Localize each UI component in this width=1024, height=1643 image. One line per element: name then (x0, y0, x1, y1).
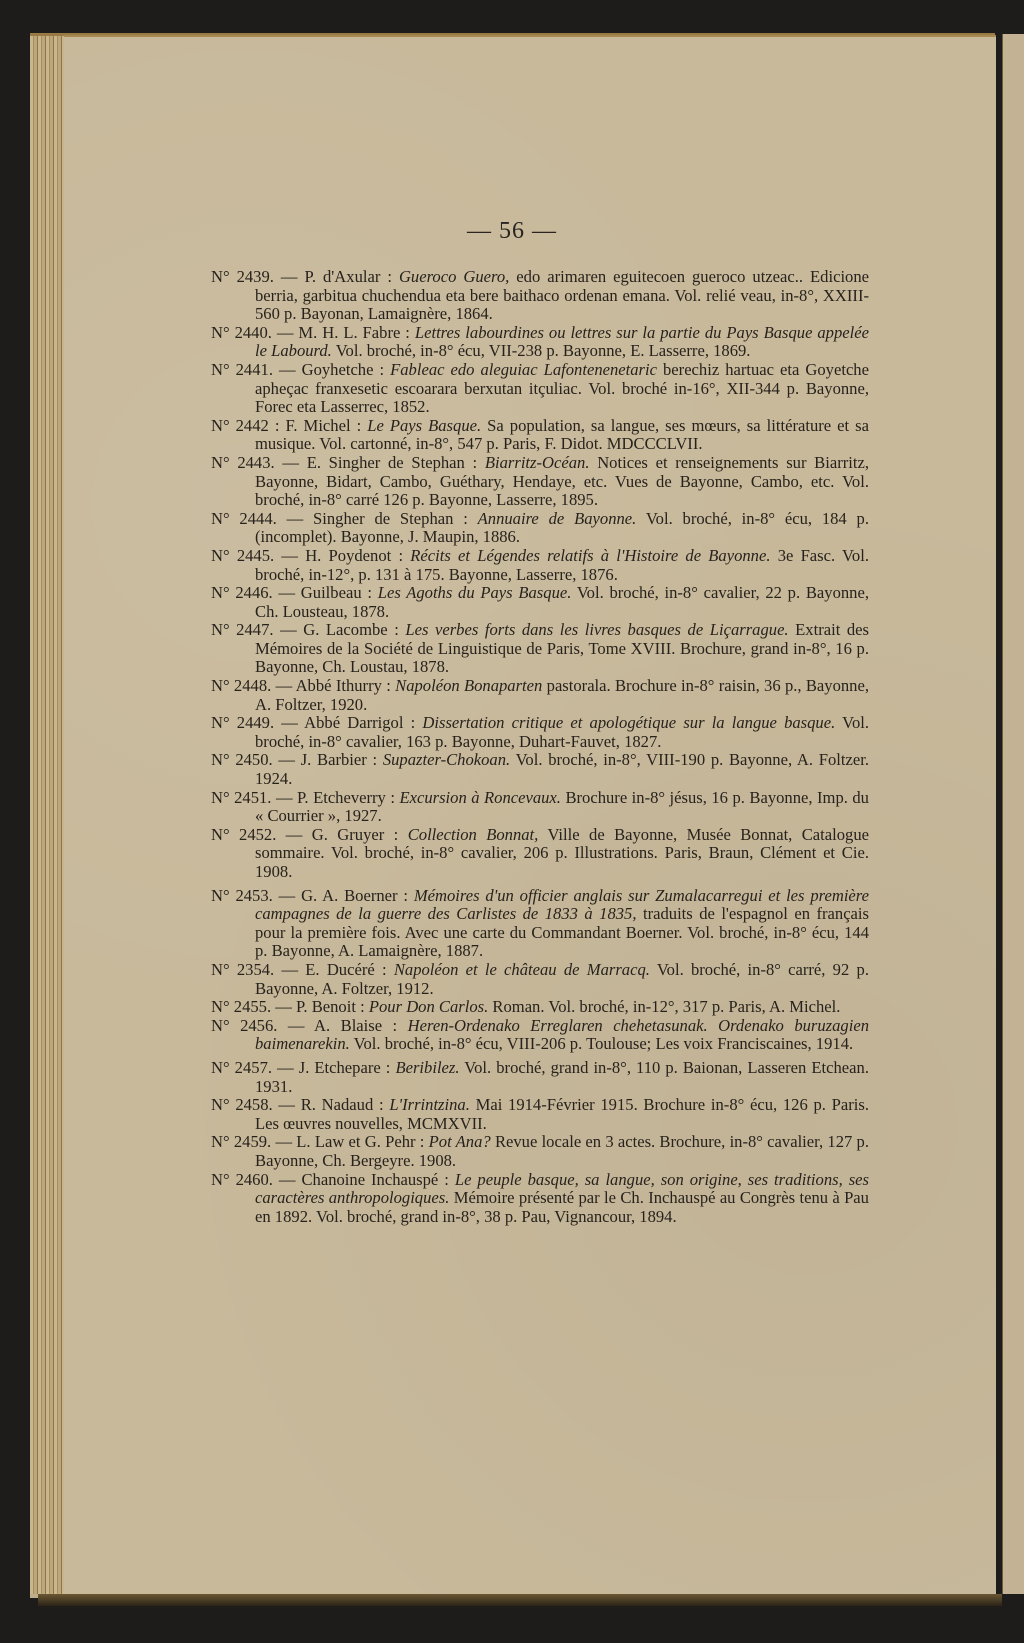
catalogue-entry: N° 2439. — P. d'Axular : Gueroco Guero, … (211, 268, 869, 324)
entry-number: N° 2450. (211, 750, 273, 769)
entry-number: N° 2440. (211, 323, 272, 342)
entry-title: Supazter-Chokoan. (383, 750, 510, 769)
entry-author: — Abbé Ithurry : (276, 676, 391, 695)
entry-number: N° 2443. (211, 453, 275, 472)
entry-title: Les Agoths du Pays Basque. (378, 583, 572, 602)
entry-number: N° 2444. (211, 509, 277, 528)
catalogue-entry: N° 2441. — Goyhetche : Fableac edo alegu… (211, 361, 869, 417)
entry-number: N° 2439. (211, 267, 274, 286)
facing-page-edge (1002, 34, 1024, 1594)
entry-author: — Chanoine Inchauspé : (279, 1170, 449, 1189)
catalogue-entry: N° 2448. — Abbé Ithurry : Napoléon Bonap… (211, 677, 869, 714)
entry-number: N° 2456. (211, 1016, 277, 1035)
catalogue-entry: N° 2443. — E. Singher de Stephan : Biarr… (211, 454, 869, 510)
entry-author: — Singher de Stephan : (287, 509, 468, 528)
entry-title: Le Pays Basque. (367, 416, 481, 435)
entry-author: — P. d'Axular : (281, 267, 392, 286)
entry-details: Vol. broché, in-8° écu, VIII-206 p. Toul… (354, 1034, 854, 1053)
entry-author: — E. Ducéré : (281, 960, 386, 979)
entry-title: Dissertation critique et apologétique su… (422, 713, 835, 732)
entry-title: Beribilez. (395, 1058, 459, 1077)
entry-author: — J. Barbier : (278, 750, 377, 769)
page-bottom-edge (38, 1594, 1002, 1606)
catalogue-entry: N° 2450. — J. Barbier : Supazter-Chokoan… (211, 751, 869, 788)
catalogue-entry: N° 2457. — J. Etchepare : Beribilez. Vol… (211, 1059, 869, 1096)
catalogue-entry: N° 2442 : F. Michel : Le Pays Basque. Sa… (211, 417, 869, 454)
entry-details: Roman. Vol. broché, in-12°, 317 p. Paris… (492, 997, 840, 1016)
entry-number: N° 2442 (211, 416, 269, 435)
catalogue-entry: N° 2459. — L. Law et G. Pehr : Pot Ana? … (211, 1133, 869, 1170)
entry-title: L'Irrintzina. (389, 1095, 470, 1114)
entry-details: Vol. broché, in-8° écu, VII-238 p. Bayon… (336, 341, 751, 360)
entry-author: — Abbé Darrigol : (281, 713, 415, 732)
entry-author: — G. Lacombe : (280, 620, 399, 639)
catalogue-entry: N° 2458. — R. Nadaud : L'Irrintzina. Mai… (211, 1096, 869, 1133)
entry-title: Fableac edo aleguiac Lafontenenetaric (390, 360, 657, 379)
entry-number: N° 2452. (211, 825, 276, 844)
catalogue-entry: N° 2444. — Singher de Stephan : Annuaire… (211, 510, 869, 547)
entry-number: N° 2441. (211, 360, 273, 379)
entry-number: N° 2449. (211, 713, 274, 732)
entry-author: — H. Poydenot : (281, 546, 403, 565)
entry-author: — G. A. Boerner : (279, 886, 408, 905)
entry-number: N° 2448. (211, 676, 271, 695)
entry-number: N° 2460. (211, 1170, 273, 1189)
entry-title: Napoléon Bonaparten (395, 676, 542, 695)
entry-title: Récits et Légendes relatifs à l'Histoire… (410, 546, 770, 565)
entry-title: Les verbes forts dans les livres basques… (405, 620, 788, 639)
catalogue-entry: N° 2445. — H. Poydenot : Récits et Légen… (211, 547, 869, 584)
entry-number: N° 2457. (211, 1058, 272, 1077)
entry-number: N° 2459. (211, 1132, 271, 1151)
entry-author: — M. H. L. Fabre : (277, 323, 410, 342)
entry-number: N° 2451. (211, 788, 271, 807)
entry-number: N° 2445. (211, 546, 274, 565)
page-number: — 56 — (0, 218, 1024, 245)
catalogue-entries: N° 2439. — P. d'Axular : Gueroco Guero, … (211, 268, 869, 1226)
entry-author: — E. Singher de Stephan : (282, 453, 477, 472)
catalogue-entry: N° 2449. — Abbé Darrigol : Dissertation … (211, 714, 869, 751)
entry-author: — G. Gruyer : (286, 825, 399, 844)
catalogue-entry: N° 2354. — E. Ducéré : Napoléon et le ch… (211, 961, 869, 998)
entry-title: Annuaire de Bayonne. (478, 509, 637, 528)
entry-author: — L. Law et G. Pehr : (275, 1132, 424, 1151)
entry-author: — P. Etcheverry : (276, 788, 395, 807)
entry-title: Pot Ana? (429, 1132, 491, 1151)
entry-author: — R. Nadaud : (278, 1095, 383, 1114)
entry-author: — Guilbeau : (278, 583, 372, 602)
catalogue-entry: N° 2453. — G. A. Boerner : Mémoires d'un… (211, 887, 869, 961)
entry-title: Napoléon et le château de Marracq. (394, 960, 650, 979)
entry-author: : F. Michel : (275, 416, 361, 435)
entry-number: N° 2446. (211, 583, 273, 602)
entry-title: Excursion à Roncevaux. (399, 788, 561, 807)
entry-title: Biarritz-Océan. (485, 453, 590, 472)
catalogue-entry: N° 2446. — Guilbeau : Les Agoths du Pays… (211, 584, 869, 621)
entry-author: — P. Benoit : (275, 997, 364, 1016)
catalogue-entry: N° 2460. — Chanoine Inchauspé : Le peupl… (211, 1171, 869, 1227)
entry-number: N° 2354. (211, 960, 274, 979)
entry-number: N° 2455. (211, 997, 271, 1016)
page-edges (30, 36, 64, 1594)
entry-title: Gueroco Guero, (399, 267, 509, 286)
entry-author: — Goyhetche : (279, 360, 384, 379)
entry-title: Pour Don Carlos. (369, 997, 488, 1016)
catalogue-entry: N° 2456. — A. Blaise : Heren-Ordenako Er… (211, 1017, 869, 1054)
entry-number: N° 2447. (211, 620, 274, 639)
catalogue-entry: N° 2440. — M. H. L. Fabre : Lettres labo… (211, 324, 869, 361)
catalogue-entry: N° 2452. — G. Gruyer : Collection Bonnat… (211, 826, 869, 882)
entry-number: N° 2458. (211, 1095, 273, 1114)
entry-author: — A. Blaise : (288, 1016, 397, 1035)
catalogue-entry: N° 2451. — P. Etcheverry : Excursion à R… (211, 789, 869, 826)
entry-number: N° 2453. (211, 886, 273, 905)
catalogue-entry: N° 2447. — G. Lacombe : Les verbes forts… (211, 621, 869, 677)
entry-title: Collection Bonnat, (408, 825, 539, 844)
entry-author: — J. Etchepare : (277, 1058, 390, 1077)
catalogue-entry: N° 2455. — P. Benoit : Pour Don Carlos. … (211, 998, 869, 1017)
